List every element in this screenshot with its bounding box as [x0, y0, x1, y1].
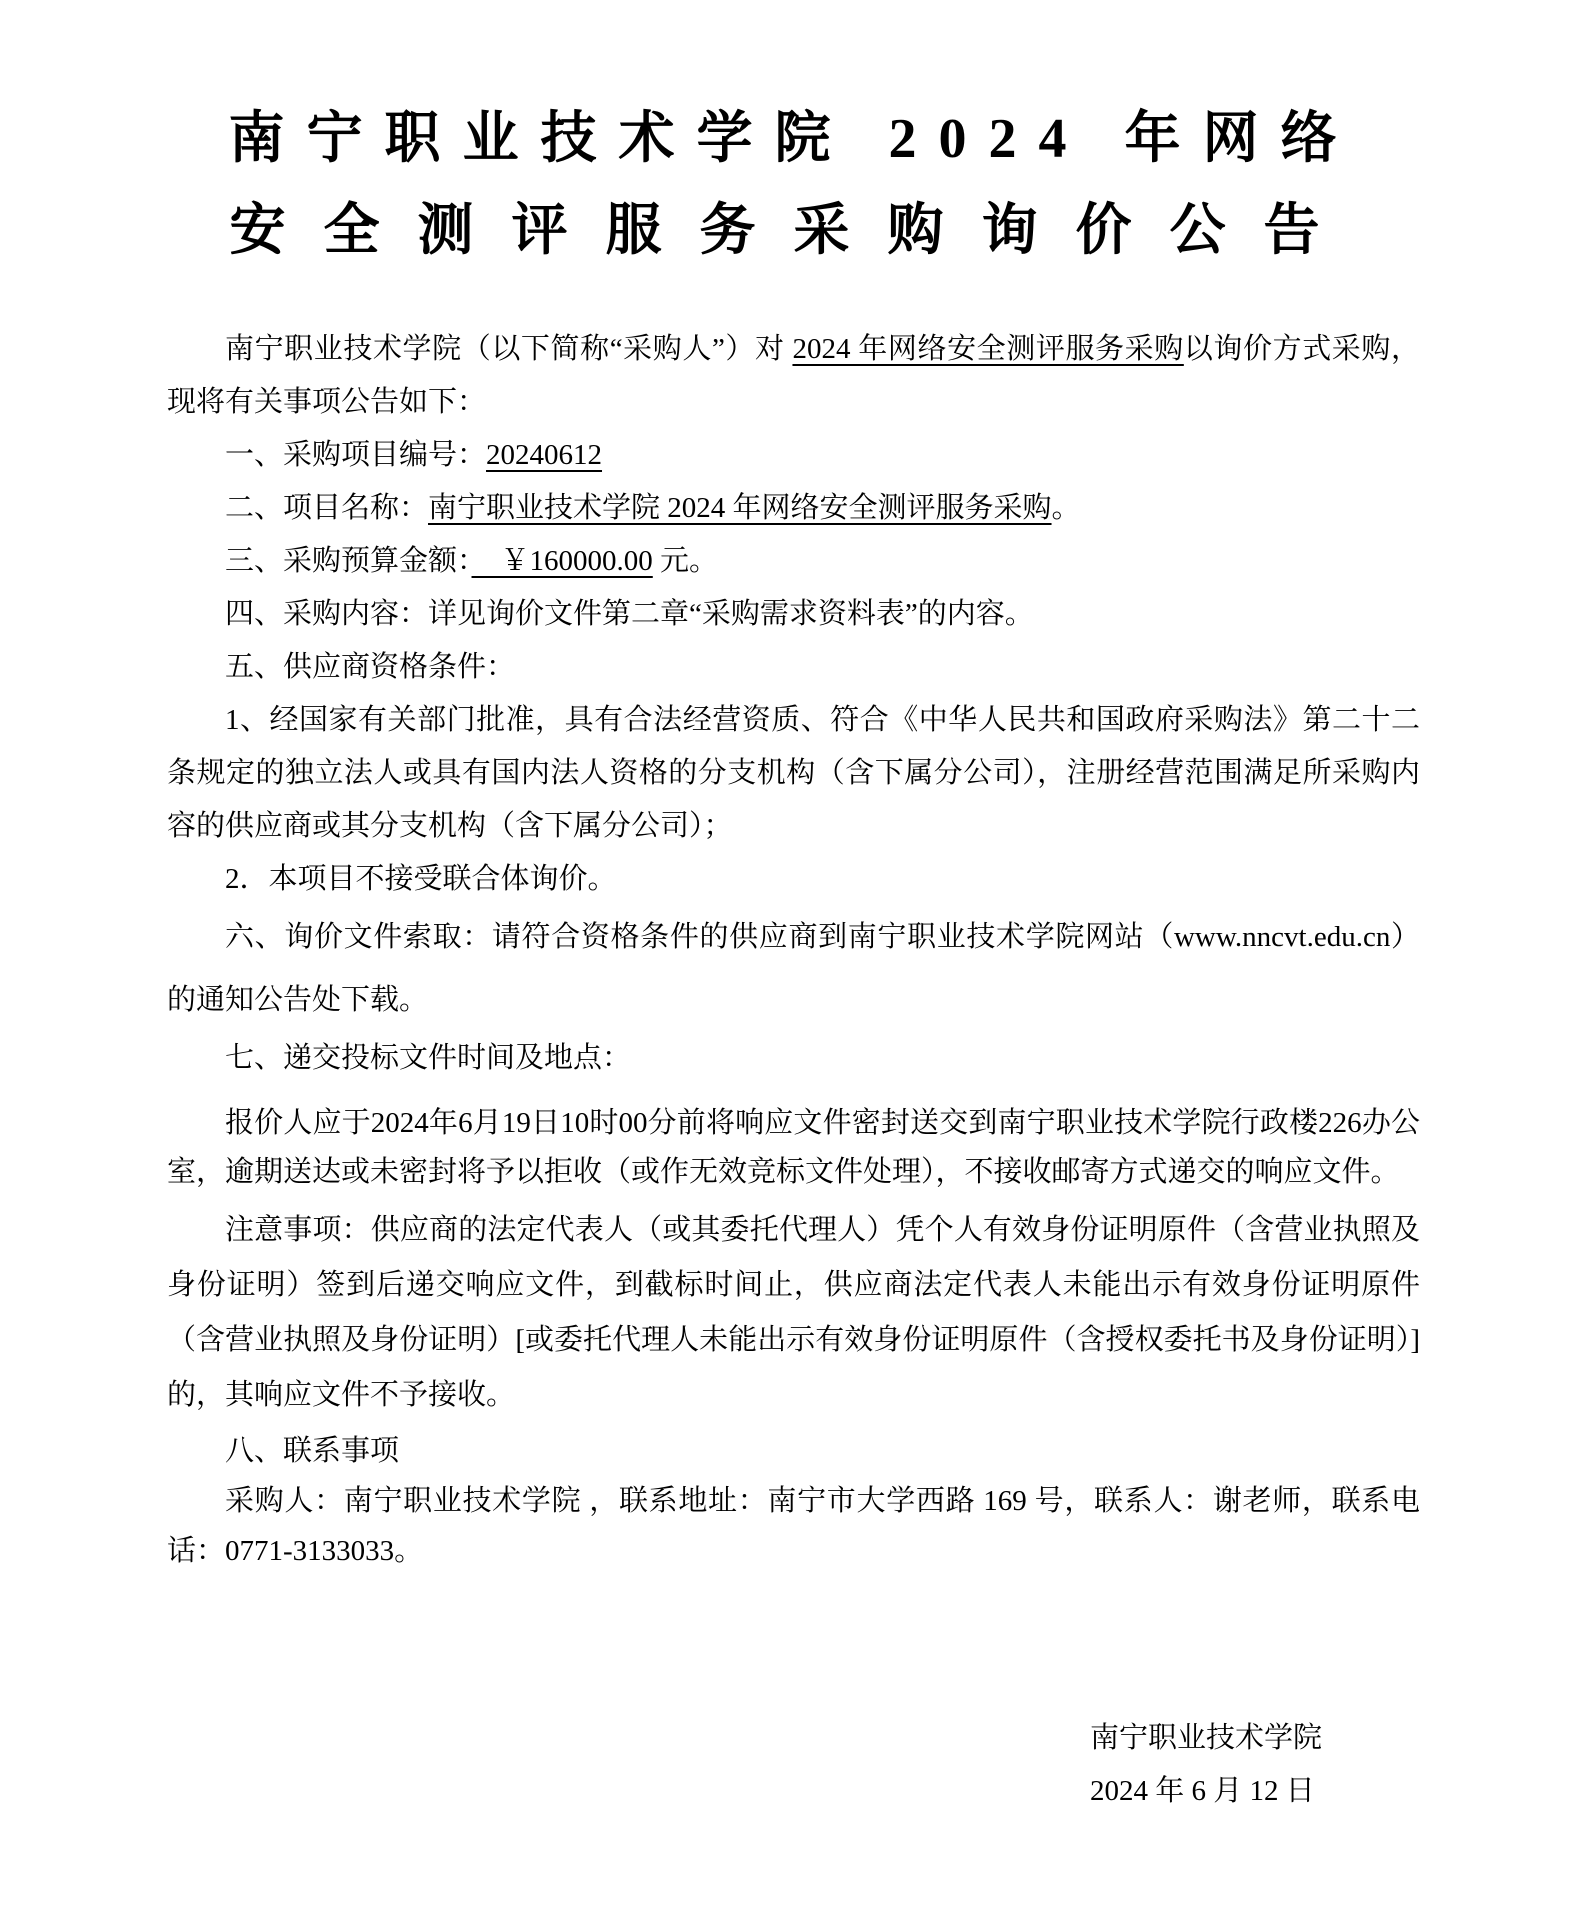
budget-amount-value: ￥160000.00	[472, 545, 653, 577]
document-page: 南宁职业技术学院 2024 年网络 安全测评服务采购询价公告 南宁职业技术学院（…	[0, 0, 1587, 1915]
signature-date: 2024 年 6 月 12 日	[1090, 1764, 1420, 1819]
item-2-period: 。	[1052, 492, 1081, 524]
signature-org: 南宁职业技术学院	[1090, 1712, 1420, 1764]
item-3-unit: 元。	[653, 545, 718, 577]
item-3-label: 三、采购预算金额：	[225, 545, 472, 577]
signature-block: 南宁职业技术学院 2024 年 6 月 12 日	[1090, 1712, 1420, 1819]
item-6-document-access: 六、询价文件索取：请符合资格条件的供应商到南宁职业技术学院网站（www.nncv…	[167, 906, 1420, 1032]
item-3-budget: 三、采购预算金额： ￥160000.00 元。	[167, 535, 1420, 588]
item-5-clause-1: 1、经国家有关部门批准，具有合法经营资质、符合《中华人民共和国政府采购法》第二十…	[167, 694, 1420, 853]
item-4-content: 四、采购内容：详见询价文件第二章“采购需求资料表”的内容。	[167, 588, 1420, 641]
item-1-project-number: 一、采购项目编号：20240612	[167, 429, 1420, 482]
item-2-project-name: 二、项目名称：南宁职业技术学院 2024 年网络安全测评服务采购。	[167, 482, 1420, 535]
item-7-submission-heading: 七、递交投标文件时间及地点：	[167, 1032, 1420, 1085]
item-2-label: 二、项目名称：	[225, 492, 428, 524]
doc-title: 南宁职业技术学院 2024 年网络 安全测评服务采购询价公告	[167, 93, 1420, 277]
item-7-submission-details: 报价人应于2024年6月19日10时00分前将响应文件密封送交到南宁职业技术学院…	[167, 1099, 1420, 1197]
project-name-value: 南宁职业技术学院 2024 年网络安全测评服务采购	[428, 492, 1052, 524]
intro-underlined-project-name: 2024 年网络安全测评服务采购	[792, 333, 1183, 365]
item-7-notes: 注意事项：供应商的法定代表人（或其委托代理人）凭个人有效身份证明原件（含营业执照…	[167, 1203, 1420, 1423]
item-5-qualifications: 五、供应商资格条件：	[167, 641, 1420, 694]
item-8-contact-heading: 八、联系事项	[167, 1426, 1420, 1476]
title-line-2: 安全测评服务采购询价公告	[167, 185, 1420, 277]
title-line-1: 南宁职业技术学院 2024 年网络	[167, 93, 1420, 185]
item-5-clause-2: 2．本项目不接受联合体询价。	[167, 853, 1420, 906]
item-1-label: 一、采购项目编号：	[225, 439, 486, 471]
intro-pre-text: 南宁职业技术学院（以下简称“采购人”）对	[225, 333, 792, 365]
intro-paragraph: 南宁职业技术学院（以下简称“采购人”）对 2024 年网络安全测评服务采购以询价…	[167, 323, 1420, 429]
project-number-value: 20240612	[486, 439, 602, 471]
item-8-contact-details: 采购人：南宁职业技术学院 ，联系地址：南宁市大学西路 169 号，联系人：谢老师…	[167, 1476, 1420, 1576]
document-content: 南宁职业技术学院 2024 年网络 安全测评服务采购询价公告 南宁职业技术学院（…	[0, 93, 1587, 1819]
